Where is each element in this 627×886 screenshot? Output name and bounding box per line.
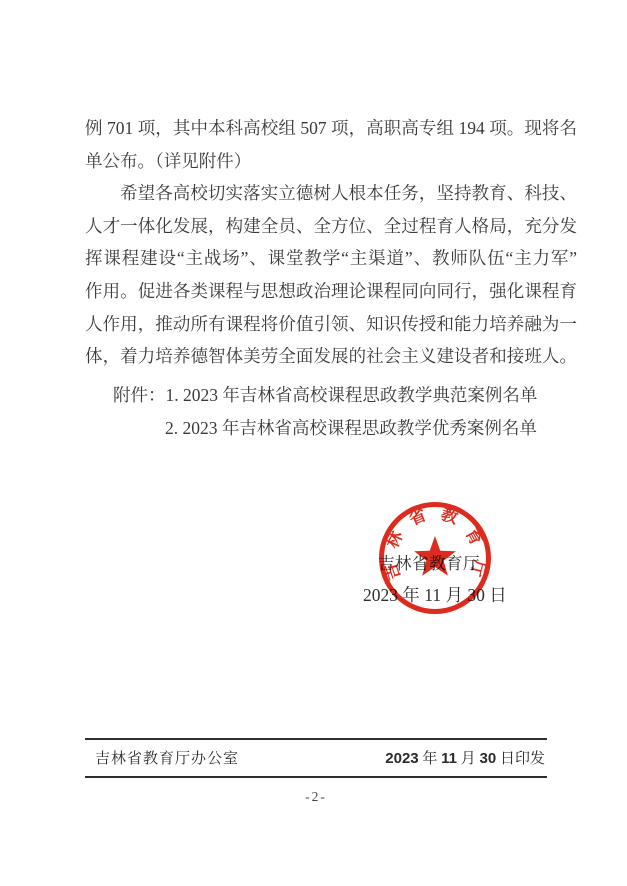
- footer-row: 吉林省教育厅办公室 2023 年 11 月 30 日印发: [85, 747, 547, 768]
- footer-rule-top: [85, 738, 547, 740]
- official-seal-icon: 吉林省教育厅: [377, 500, 493, 616]
- body-line: 作用。促进各类课程与思想政治理论课程同向同行，强化课程育: [85, 275, 577, 308]
- body-paragraphs: 例 701 项，其中本科高校组 507 项，高职高专组 194 项。现将名 单公…: [85, 112, 577, 373]
- attachment-item: 2. 2023 年吉林省高校课程思政教学优秀案例名单: [85, 412, 577, 445]
- footer-print-year: 2023: [385, 750, 418, 767]
- footer-print-sep: 月: [457, 751, 480, 767]
- page-number: -2-: [85, 789, 547, 805]
- footer-print-sep: 年: [419, 751, 442, 767]
- body-line: 例 701 项，其中本科高校组 507 项，高职高专组 194 项。现将名: [85, 112, 577, 145]
- attachment-item: 附件：1. 2023 年吉林省高校课程思政教学典范案例名单: [85, 379, 577, 412]
- body-line: 人才一体化发展，构建全员、全方位、全过程育人格局，充分发: [85, 210, 577, 243]
- footer-print-day: 30: [480, 750, 497, 767]
- footer-rule-bottom: [85, 776, 547, 778]
- document-page: 例 701 项，其中本科高校组 507 项，高职高专组 194 项。现将名 单公…: [0, 0, 627, 886]
- footer-print-date: 2023 年 11 月 30 日印发: [385, 747, 547, 768]
- body-line: 挥课程建设“主战场”、课堂教学“主渠道”、教师队伍“主力军”: [85, 242, 577, 275]
- body-line: 人作用，推动所有课程将价值引领、知识传授和能力培养融为一: [85, 308, 577, 341]
- footer-print-suffix: 日印发: [496, 751, 545, 767]
- body-line: 体，着力培养德智体美劳全面发展的社会主义建设者和接班人。: [85, 340, 577, 373]
- attachments-list: 附件：1. 2023 年吉林省高校课程思政教学典范案例名单 2. 2023 年吉…: [85, 379, 577, 445]
- footer-office-name: 吉林省教育厅办公室: [85, 747, 239, 768]
- body-line: 单公布。（详见附件）: [85, 145, 577, 178]
- body-line: 希望各高校切实落实立德树人根本任务，坚持教育、科技、: [85, 177, 577, 210]
- footer-print-month: 11: [441, 750, 457, 767]
- seal-star-icon: [414, 536, 456, 576]
